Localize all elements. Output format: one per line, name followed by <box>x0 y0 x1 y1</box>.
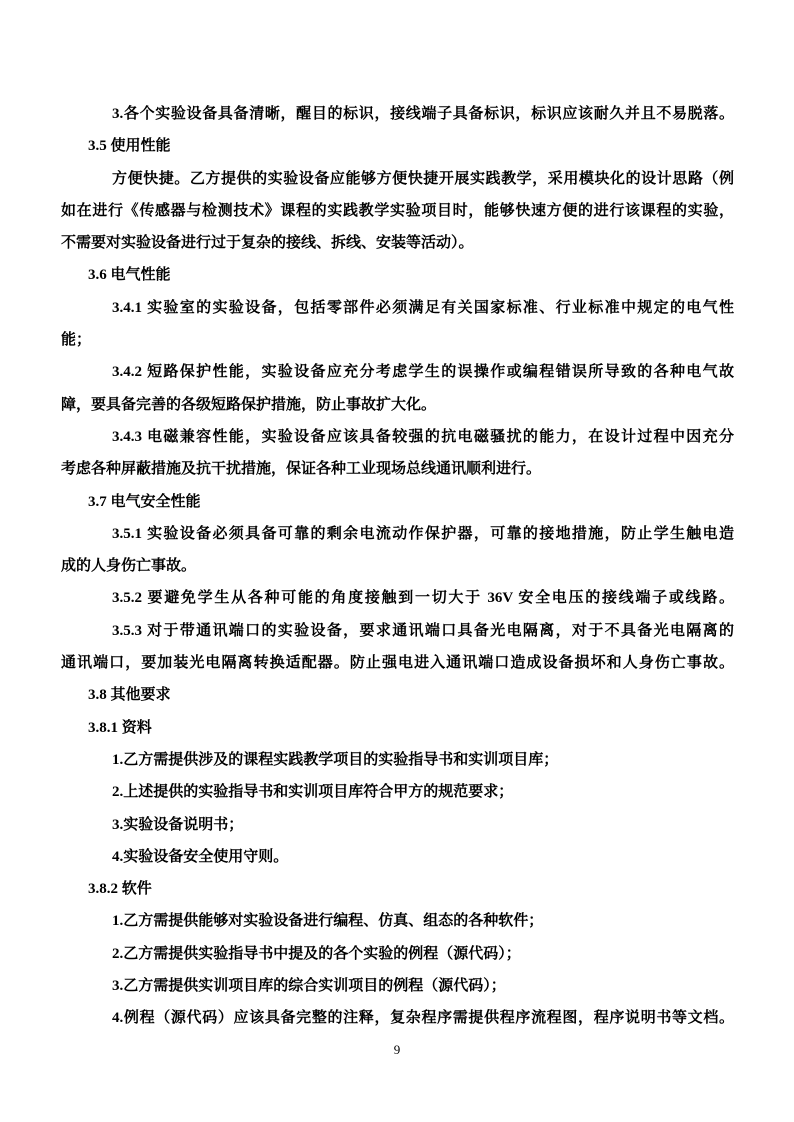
para-3-4-1-line-2: 能； <box>61 324 734 356</box>
para-3-5-3-line-2: 通讯端口，要加装光电隔离转换适配器。防止强电进入通讯端口造成设备损坏和人身伤亡事… <box>61 647 734 679</box>
document-page: 3.各个实验设备具备清晰，醒目的标识，接线端子具备标识，标识应该耐久并且不易脱落… <box>0 0 794 1122</box>
para-3-5-1-line-2: 成的人身伤亡事故。 <box>61 550 734 582</box>
heading-3-7: 3.7 电气安全性能 <box>61 486 734 518</box>
heading-3-8-2: 3.8.2 软件 <box>61 873 734 905</box>
list-3-8-1-item-4: 4.实验设备安全使用守则。 <box>61 841 734 873</box>
document-body: 3.各个实验设备具备清晰，醒目的标识，接线端子具备标识，标识应该耐久并且不易脱落… <box>61 98 734 1035</box>
list-3-8-2-item-4: 4.例程（源代码）应该具备完整的注释，复杂程序需提供程序流程图，程序说明书等文档… <box>61 1002 734 1034</box>
list-3-8-2-item-3: 3.乙方需提供实训项目库的综合实训项目的例程（源代码）； <box>61 970 734 1002</box>
para-item-3: 3.各个实验设备具备清晰，醒目的标识，接线端子具备标识，标识应该耐久并且不易脱落… <box>61 98 734 130</box>
para-3-5-2: 3.5.2 要避免学生从各种可能的角度接触到一切大于 36V 安全电压的接线端子… <box>61 582 734 614</box>
para-3-5-3-line-1: 3.5.3 对于带通讯端口的实验设备，要求通讯端口具备光电隔离，对于不具备光电隔… <box>61 615 734 647</box>
heading-3-8-1: 3.8.1 资料 <box>61 712 734 744</box>
heading-3-5: 3.5 使用性能 <box>61 130 734 162</box>
page-number: 9 <box>0 1042 794 1058</box>
para-3-5-body-line-2: 如在进行《传感器与检测技术》课程的实践教学实验项目时，能够快速方便的进行该课程的… <box>61 195 734 227</box>
para-3-4-2-line-1: 3.4.2 短路保护性能，实验设备应充分考虑学生的误操作或编程错误所导致的各种电… <box>61 356 734 388</box>
para-3-4-3-line-1: 3.4.3 电磁兼容性能，实验设备应该具备较强的抗电磁骚扰的能力，在设计过程中因… <box>61 421 734 453</box>
list-3-8-2-item-2: 2.乙方需提供实验指导书中提及的各个实验的例程（源代码）； <box>61 938 734 970</box>
list-3-8-1-item-3: 3.实验设备说明书； <box>61 809 734 841</box>
list-3-8-1-item-1: 1.乙方需提供涉及的课程实践教学项目的实验指导书和实训项目库； <box>61 744 734 776</box>
para-3-4-2-line-2: 障，要具备完善的各级短路保护措施，防止事故扩大化。 <box>61 389 734 421</box>
heading-3-8: 3.8 其他要求 <box>61 679 734 711</box>
para-3-5-body-line-1: 方便快捷。乙方提供的实验设备应能够方便快捷开展实践教学，采用模块化的设计思路（例 <box>61 163 734 195</box>
list-3-8-1-item-2: 2.上述提供的实验指导书和实训项目库符合甲方的规范要求； <box>61 776 734 808</box>
list-3-8-2-item-1: 1.乙方需提供能够对实验设备进行编程、仿真、组态的各种软件； <box>61 905 734 937</box>
para-3-4-1-line-1: 3.4.1 实验室的实验设备，包括零部件必须满足有关国家标准、行业标准中规定的电… <box>61 292 734 324</box>
para-3-5-1-line-1: 3.5.1 实验设备必须具备可靠的剩余电流动作保护器，可靠的接地措施，防止学生触… <box>61 518 734 550</box>
para-3-4-3-line-2: 考虑各种屏蔽措施及抗干扰措施，保证各种工业现场总线通讯顺利进行。 <box>61 453 734 485</box>
para-3-5-body-line-3: 不需要对实验设备进行过于复杂的接线、拆线、安装等活动）。 <box>61 227 734 259</box>
heading-3-6: 3.6 电气性能 <box>61 259 734 291</box>
